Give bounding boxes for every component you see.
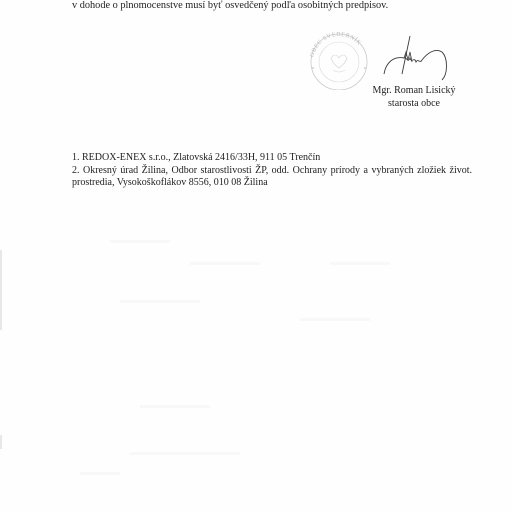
municipal-seal-icon: OBEC SVEDERNÍK — [301, 28, 377, 90]
scan-noise — [300, 318, 370, 321]
scan-noise — [110, 240, 170, 243]
scan-noise — [120, 300, 200, 303]
recipient-item: 1. REDOX-ENEX s.r.o., Zlatovská 2416/33H… — [72, 152, 472, 165]
signatory-name: Mgr. Roman Lisický — [354, 84, 474, 97]
scan-noise — [80, 472, 120, 475]
recipient-item: 2. Okresný úrad Žilina, Odbor starostliv… — [72, 165, 472, 190]
scanned-document-page: v dohode o plnomocenstve musí byť osvedč… — [0, 0, 512, 512]
scan-noise — [190, 262, 260, 265]
handwritten-signature-icon — [382, 34, 454, 90]
scan-edge-mark — [0, 250, 2, 330]
recipients-list: 1. REDOX-ENEX s.r.o., Zlatovská 2416/33H… — [72, 152, 472, 190]
document-text-line: v dohode o plnomocenstve musí byť osvedč… — [72, 0, 388, 12]
signatory-role: starosta obce — [354, 97, 474, 110]
scan-noise — [330, 262, 390, 265]
scan-noise — [130, 452, 240, 455]
scan-edge-mark — [0, 435, 2, 449]
seal-text: OBEC SVEDERNÍK — [309, 32, 362, 58]
signatory-block: Mgr. Roman Lisický starosta obce — [354, 84, 474, 110]
svg-text:OBEC SVEDERNÍK: OBEC SVEDERNÍK — [309, 32, 362, 58]
scan-noise — [140, 405, 210, 408]
